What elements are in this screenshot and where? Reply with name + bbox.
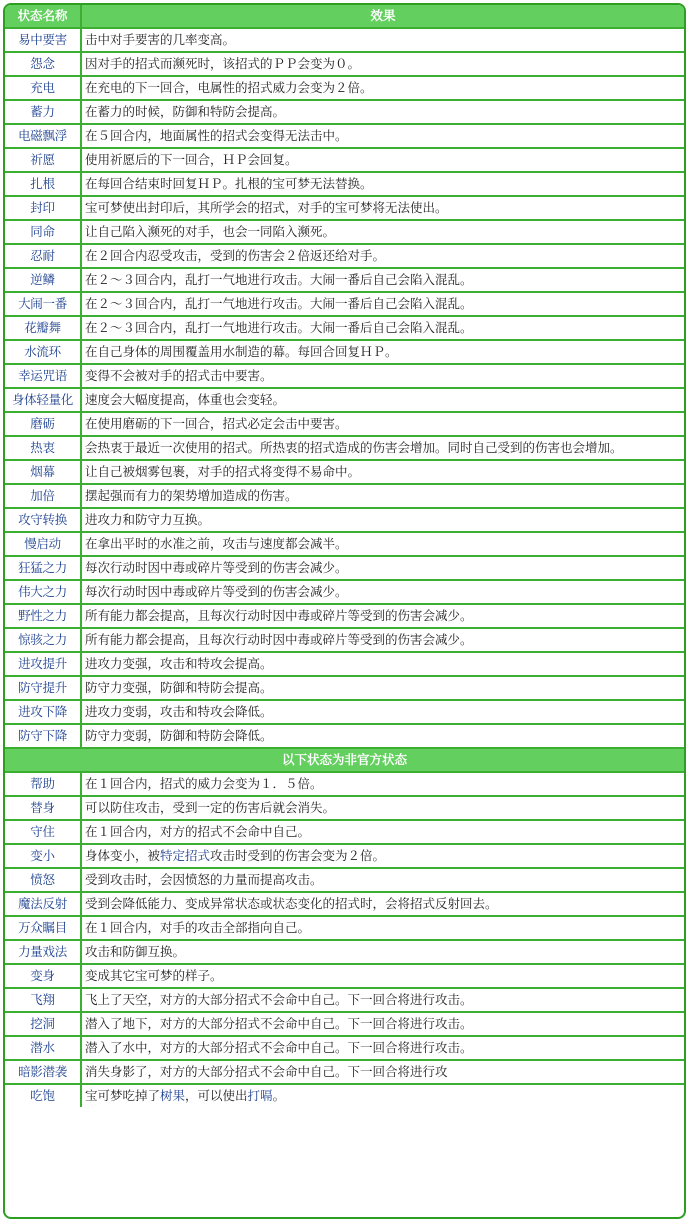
status-name[interactable]: 身体轻量化 <box>5 388 81 412</box>
status-effect: 让自己被烟雾包裹，对手的招式将变得不易命中。 <box>81 460 684 484</box>
status-effect: 在２～３回合内，乱打一气地进行攻击。大闹一番后自己会陷入混乱。 <box>81 316 684 340</box>
table-row: 魔法反射受到会降低能力、变成异常状态或状态变化的招式时，会将招式反射回去。 <box>5 892 684 916</box>
status-name[interactable]: 怨念 <box>5 52 81 76</box>
table-row: 替身可以防住攻击，受到一定的伤害后就会消失。 <box>5 796 684 820</box>
status-name[interactable]: 野性之力 <box>5 604 81 628</box>
status-effect: 防守力变弱，防御和特防会降低。 <box>81 724 684 748</box>
effect-text: 身体变小，被 <box>85 848 160 863</box>
status-name[interactable]: 封印 <box>5 196 81 220</box>
status-effect: 使用祈愿后的下一回合，ＨＰ会回复。 <box>81 148 684 172</box>
table-row: 帮助在１回合内，招式的威力会变为１．５倍。 <box>5 772 684 796</box>
status-effect: 防守力变强，防御和特防会提高。 <box>81 676 684 700</box>
status-effect: 摆起强而有力的架势增加造成的伤害。 <box>81 484 684 508</box>
status-effect: 在使用磨砺的下一回合，招式必定会击中要害。 <box>81 412 684 436</box>
status-effect: 在２回合内忍受攻击，受到的伤害会２倍返还给对手。 <box>81 244 684 268</box>
table-row: 怨念因对手的招式而濒死时，该招式的ＰＰ会变为０。 <box>5 52 684 76</box>
status-name[interactable]: 吃饱 <box>5 1084 81 1107</box>
status-effect: 在２～３回合内，乱打一气地进行攻击。大闹一番后自己会陷入混乱。 <box>81 292 684 316</box>
status-name[interactable]: 飞翔 <box>5 988 81 1012</box>
effect-text: 宝可梦吃掉了 <box>85 1088 160 1103</box>
status-name[interactable]: 守住 <box>5 820 81 844</box>
status-name[interactable]: 慢启动 <box>5 532 81 556</box>
status-effect: 在５回合内，地面属性的招式会变得无法击中。 <box>81 124 684 148</box>
status-effect: 所有能力都会提高，且每次行动时因中毒或碎片等受到的伤害会减少。 <box>81 628 684 652</box>
table-row: 烟幕让自己被烟雾包裹，对手的招式将变得不易命中。 <box>5 460 684 484</box>
table-row: 挖洞潜入了地下，对方的大部分招式不会命中自己。下一回合将进行攻击。 <box>5 1012 684 1036</box>
status-name[interactable]: 变身 <box>5 964 81 988</box>
status-effect: 速度会大幅度提高，体重也会变轻。 <box>81 388 684 412</box>
table-row: 易中要害击中对手要害的几率变高。 <box>5 28 684 52</box>
status-effect: 潜入了水中，对方的大部分招式不会命中自己。下一回合将进行攻击。 <box>81 1036 684 1060</box>
table-row: 祈愿使用祈愿后的下一回合，ＨＰ会回复。 <box>5 148 684 172</box>
table-row: 变身变成其它宝可梦的样子。 <box>5 964 684 988</box>
status-name[interactable]: 攻守转换 <box>5 508 81 532</box>
status-name[interactable]: 蓄力 <box>5 100 81 124</box>
status-effect: 会热衷于最近一次使用的招式。所热衷的招式造成的伤害会增加。同时自己受到的伤害也会… <box>81 436 684 460</box>
table-row: 进攻提升进攻力变强，攻击和特攻会提高。 <box>5 652 684 676</box>
status-effect: 击中对手要害的几率变高。 <box>81 28 684 52</box>
table-row: 飞翔飞上了天空，对方的大部分招式不会命中自己。下一回合将进行攻击。 <box>5 988 684 1012</box>
status-effect: 宝可梦吃掉了树果，可以使出打嗝。 <box>81 1084 684 1107</box>
status-name[interactable]: 热衷 <box>5 436 81 460</box>
status-effect: 在１回合内，对方的招式不会命中自己。 <box>81 820 684 844</box>
status-name[interactable]: 花瓣舞 <box>5 316 81 340</box>
status-effect: 宝可梦使出封印后，其所学会的招式，对手的宝可梦将无法使出。 <box>81 196 684 220</box>
table-row: 守住在１回合内，对方的招式不会命中自己。 <box>5 820 684 844</box>
table-row: 充电在充电的下一回合，电属性的招式威力会变为２倍。 <box>5 76 684 100</box>
table-row: 忍耐在２回合内忍受攻击，受到的伤害会２倍返还给对手。 <box>5 244 684 268</box>
status-effect: 可以防住攻击，受到一定的伤害后就会消失。 <box>81 796 684 820</box>
status-effect: 进攻力变弱，攻击和特攻会降低。 <box>81 700 684 724</box>
status-effect: 进攻力和防守力互换。 <box>81 508 684 532</box>
table-row: 愤怒受到攻击时，会因愤怒的力量而提高攻击。 <box>5 868 684 892</box>
table-row: 狂猛之力每次行动时因中毒或碎片等受到的伤害会减少。 <box>5 556 684 580</box>
status-name[interactable]: 逆鳞 <box>5 268 81 292</box>
table-row: 暗影潜袭消失身影了，对方的大部分招式不会命中自己。下一回合将进行攻 <box>5 1060 684 1084</box>
header-status-name: 状态名称 <box>5 5 81 28</box>
table-row: 幸运咒语变得不会被对手的招式击中要害。 <box>5 364 684 388</box>
status-name[interactable]: 幸运咒语 <box>5 364 81 388</box>
status-effect: 因对手的招式而濒死时，该招式的ＰＰ会变为０。 <box>81 52 684 76</box>
table-row: 万众瞩目在１回合内，对手的攻击全部指向自己。 <box>5 916 684 940</box>
table-row: 野性之力所有能力都会提高，且每次行动时因中毒或碎片等受到的伤害会减少。 <box>5 604 684 628</box>
belch-link[interactable]: 打嗝 <box>248 1088 273 1103</box>
status-name[interactable]: 水流环 <box>5 340 81 364</box>
table-row: 蓄力在蓄力的时候，防御和特防会提高。 <box>5 100 684 124</box>
status-effect: 在拿出平时的水准之前，攻击与速度都会减半。 <box>81 532 684 556</box>
table-row: 同命让自己陷入濒死的对手，也会一同陷入濒死。 <box>5 220 684 244</box>
effect-text: ，可以使出 <box>185 1088 248 1103</box>
status-name[interactable]: 暗影潜袭 <box>5 1060 81 1084</box>
status-name[interactable]: 力量戏法 <box>5 940 81 964</box>
status-effect: 在充电的下一回合，电属性的招式威力会变为２倍。 <box>81 76 684 100</box>
status-effect: 飞上了天空，对方的大部分招式不会命中自己。下一回合将进行攻击。 <box>81 988 684 1012</box>
table-row: 花瓣舞在２～３回合内，乱打一气地进行攻击。大闹一番后自己会陷入混乱。 <box>5 316 684 340</box>
status-effect: 在蓄力的时候，防御和特防会提高。 <box>81 100 684 124</box>
section-header-row: 以下状态为非官方状态 <box>5 748 684 772</box>
status-effect: 在１回合内，对手的攻击全部指向自己。 <box>81 916 684 940</box>
table-row: 防守下降防守力变弱，防御和特防会降低。 <box>5 724 684 748</box>
status-effect: 受到攻击时，会因愤怒的力量而提高攻击。 <box>81 868 684 892</box>
status-name[interactable]: 替身 <box>5 796 81 820</box>
table-row: 防守提升防守力变强，防御和特防会提高。 <box>5 676 684 700</box>
status-effect: 身体变小，被特定招式攻击时受到的伤害会变为２倍。 <box>81 844 684 868</box>
status-effect: 每次行动时因中毒或碎片等受到的伤害会减少。 <box>81 556 684 580</box>
specific-moves-link[interactable]: 特定招式 <box>160 848 210 863</box>
status-effect: 让自己陷入濒死的对手，也会一同陷入濒死。 <box>81 220 684 244</box>
table-row: 磨砺在使用磨砺的下一回合，招式必定会击中要害。 <box>5 412 684 436</box>
table-row: 电磁飘浮在５回合内，地面属性的招式会变得无法击中。 <box>5 124 684 148</box>
table-row: 加倍摆起强而有力的架势增加造成的伤害。 <box>5 484 684 508</box>
status-name[interactable]: 惊骇之力 <box>5 628 81 652</box>
table-row: 热衷会热衷于最近一次使用的招式。所热衷的招式造成的伤害会增加。同时自己受到的伤害… <box>5 436 684 460</box>
status-effect: 潜入了地下，对方的大部分招式不会命中自己。下一回合将进行攻击。 <box>81 1012 684 1036</box>
status-name[interactable]: 潜水 <box>5 1036 81 1060</box>
status-name[interactable]: 祈愿 <box>5 148 81 172</box>
section-header-unofficial: 以下状态为非官方状态 <box>5 748 684 772</box>
table-row: 吃饱宝可梦吃掉了树果，可以使出打嗝。 <box>5 1084 684 1107</box>
table-row: 潜水潜入了水中，对方的大部分招式不会命中自己。下一回合将进行攻击。 <box>5 1036 684 1060</box>
status-effect: 在２～３回合内，乱打一气地进行攻击。大闹一番后自己会陷入混乱。 <box>81 268 684 292</box>
status-name[interactable]: 充电 <box>5 76 81 100</box>
table-row: 攻守转换进攻力和防守力互换。 <box>5 508 684 532</box>
table-row: 身体轻量化速度会大幅度提高，体重也会变轻。 <box>5 388 684 412</box>
status-name[interactable]: 变小 <box>5 844 81 868</box>
status-name[interactable]: 进攻下降 <box>5 700 81 724</box>
table-row: 惊骇之力所有能力都会提高，且每次行动时因中毒或碎片等受到的伤害会减少。 <box>5 628 684 652</box>
status-effect: 在自己身体的周围覆盖用水制造的幕。每回合回复ＨＰ。 <box>81 340 684 364</box>
status-effect: 攻击和防御互换。 <box>81 940 684 964</box>
status-name[interactable]: 防守下降 <box>5 724 81 748</box>
berry-link[interactable]: 树果 <box>160 1088 185 1103</box>
header-effect: 效果 <box>81 5 684 28</box>
status-name[interactable]: 伟大之力 <box>5 580 81 604</box>
status-name[interactable]: 愤怒 <box>5 868 81 892</box>
status-name[interactable]: 万众瞩目 <box>5 916 81 940</box>
status-effect: 进攻力变强，攻击和特攻会提高。 <box>81 652 684 676</box>
status-name[interactable]: 扎根 <box>5 172 81 196</box>
status-name[interactable]: 防守提升 <box>5 676 81 700</box>
status-effect: 消失身影了，对方的大部分招式不会命中自己。下一回合将进行攻 <box>81 1060 684 1084</box>
status-effect: 变成其它宝可梦的样子。 <box>81 964 684 988</box>
table-row: 变小身体变小，被特定招式攻击时受到的伤害会变为２倍。 <box>5 844 684 868</box>
status-effect: 在每回合结束时回复ＨＰ。扎根的宝可梦无法替换。 <box>81 172 684 196</box>
status-name[interactable]: 烟幕 <box>5 460 81 484</box>
status-name[interactable]: 帮助 <box>5 772 81 796</box>
status-name[interactable]: 易中要害 <box>5 28 81 52</box>
status-effects-table: 状态名称 效果 易中要害击中对手要害的几率变高。 怨念因对手的招式而濒死时，该招… <box>5 5 684 1107</box>
table-row: 进攻下降进攻力变弱，攻击和特攻会降低。 <box>5 700 684 724</box>
status-name[interactable]: 同命 <box>5 220 81 244</box>
effect-text: 攻击时受到的伤害会变为２倍。 <box>210 848 385 863</box>
status-table-container: 状态名称 效果 易中要害击中对手要害的几率变高。 怨念因对手的招式而濒死时，该招… <box>3 3 686 1219</box>
status-name[interactable]: 魔法反射 <box>5 892 81 916</box>
status-name[interactable]: 挖洞 <box>5 1012 81 1036</box>
table-row: 慢启动在拿出平时的水准之前，攻击与速度都会减半。 <box>5 532 684 556</box>
table-row: 扎根在每回合结束时回复ＨＰ。扎根的宝可梦无法替换。 <box>5 172 684 196</box>
status-name[interactable]: 加倍 <box>5 484 81 508</box>
table-header-row: 状态名称 效果 <box>5 5 684 28</box>
status-name[interactable]: 电磁飘浮 <box>5 124 81 148</box>
table-row: 封印宝可梦使出封印后，其所学会的招式，对手的宝可梦将无法使出。 <box>5 196 684 220</box>
status-name[interactable]: 大闹一番 <box>5 292 81 316</box>
status-effect: 受到会降低能力、变成异常状态或状态变化的招式时，会将招式反射回去。 <box>81 892 684 916</box>
table-row: 伟大之力每次行动时因中毒或碎片等受到的伤害会减少。 <box>5 580 684 604</box>
table-row: 逆鳞在２～３回合内，乱打一气地进行攻击。大闹一番后自己会陷入混乱。 <box>5 268 684 292</box>
status-name[interactable]: 忍耐 <box>5 244 81 268</box>
status-name[interactable]: 进攻提升 <box>5 652 81 676</box>
status-name[interactable]: 狂猛之力 <box>5 556 81 580</box>
status-effect: 所有能力都会提高，且每次行动时因中毒或碎片等受到的伤害会减少。 <box>81 604 684 628</box>
status-effect: 在１回合内，招式的威力会变为１．５倍。 <box>81 772 684 796</box>
table-row: 大闹一番在２～３回合内，乱打一气地进行攻击。大闹一番后自己会陷入混乱。 <box>5 292 684 316</box>
table-row: 水流环在自己身体的周围覆盖用水制造的幕。每回合回复ＨＰ。 <box>5 340 684 364</box>
status-effect: 每次行动时因中毒或碎片等受到的伤害会减少。 <box>81 580 684 604</box>
effect-text: 。 <box>273 1088 286 1103</box>
table-row: 力量戏法攻击和防御互换。 <box>5 940 684 964</box>
status-name[interactable]: 磨砺 <box>5 412 81 436</box>
status-effect: 变得不会被对手的招式击中要害。 <box>81 364 684 388</box>
